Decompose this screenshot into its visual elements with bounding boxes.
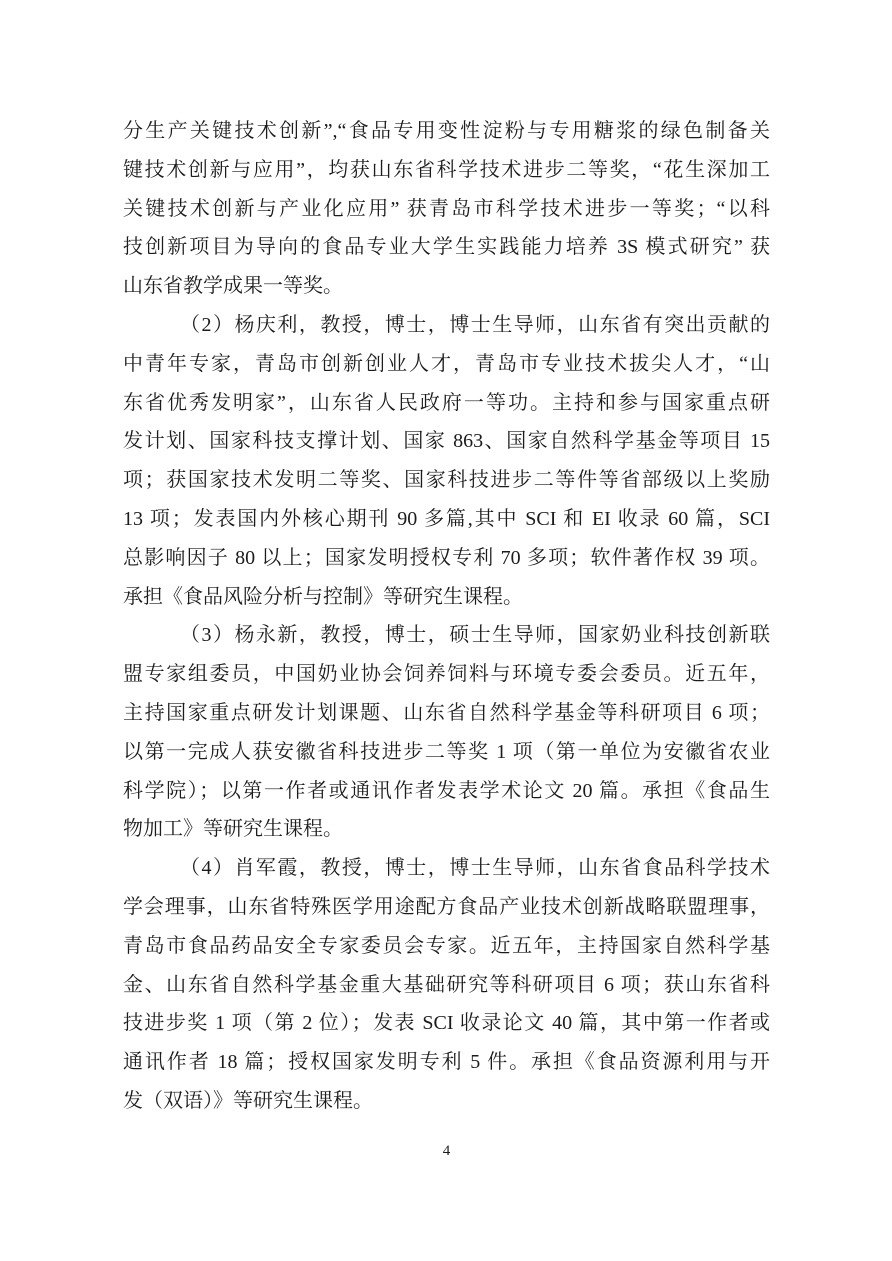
text-line: 学会理事，山东省特殊医学用途配方食品产业技术创新战略联盟理事， (123, 888, 770, 927)
text-line: 以第一完成人获安徽省科技进步二等奖 1 项（第一单位为安徽省农业 (123, 733, 770, 772)
text-line: 通讯作者 18 篇；授权国家发明专利 5 件。承担《食品资源利用与开 (123, 1043, 770, 1082)
text-line: 分生产关键技术创新”,“食品专用变性淀粉与专用糖浆的绿色制备关 (123, 112, 770, 151)
text-line: （4）肖军霞，教授，博士，博士生导师，山东省食品科学技术 (123, 849, 770, 888)
text-line: 科学院）；以第一作者或通讯作者发表学术论文 20 篇。承担《食品生 (123, 772, 770, 811)
text-line: 中青年专家，青岛市创新创业人才，青岛市专业技术拔尖人才，“山 (123, 345, 770, 384)
text-line: （2）杨庆利，教授，博士，博士生导师，山东省有突出贡献的 (123, 306, 770, 345)
text-line: 发计划、国家科技支撑计划、国家 863、国家自然科学基金等项目 15 (123, 422, 770, 461)
text-line: 承担《食品风险分析与控制》等研究生课程。 (123, 578, 770, 617)
paragraph: （4）肖军霞，教授，博士，博士生导师，山东省食品科学技术 学会理事，山东省特殊医… (123, 849, 770, 1121)
text-line: 关键技术创新与产业化应用” 获青岛市科学技术进步一等奖；“以科 (123, 190, 770, 229)
text-line: 山东省教学成果一等奖。 (123, 267, 770, 306)
paragraph: 分生产关键技术创新”,“食品专用变性淀粉与专用糖浆的绿色制备关 键技术创新与应用… (123, 112, 770, 306)
text-line: 主持国家重点研发计划课题、山东省自然科学基金等科研项目 6 项； (123, 694, 770, 733)
text-line: 盟专家组委员，中国奶业协会饲养饲料与环境专委会委员。近五年， (123, 655, 770, 694)
document-text-block: 分生产关键技术创新”,“食品专用变性淀粉与专用糖浆的绿色制备关 键技术创新与应用… (123, 112, 770, 1121)
text-line: （3）杨永新，教授，博士，硕士生导师，国家奶业科技创新联 (123, 616, 770, 655)
text-line: 键技术创新与应用”，均获山东省科学技术进步二等奖，“花生深加工 (123, 151, 770, 190)
paragraph: （3）杨永新，教授，博士，硕士生导师，国家奶业科技创新联 盟专家组委员，中国奶业… (123, 616, 770, 849)
text-line: 13 项；发表国内外核心期刊 90 多篇,其中 SCI 和 EI 收录 60 篇… (123, 500, 770, 539)
text-line: 总影响因子 80 以上；国家发明授权专利 70 多项；软件著作权 39 项。 (123, 539, 770, 578)
text-line: 项；获国家技术发明二等奖、国家科技进步二等件等省部级以上奖励 (123, 461, 770, 500)
text-line: 东省优秀发明家”，山东省人民政府一等功。主持和参与国家重点研 (123, 384, 770, 423)
text-line: 发（双语）》等研究生课程。 (123, 1082, 770, 1121)
text-line: 金、山东省自然科学基金重大基础研究等科研项目 6 项；获山东省科 (123, 966, 770, 1005)
paragraph: （2）杨庆利，教授，博士，博士生导师，山东省有突出贡献的 中青年专家，青岛市创新… (123, 306, 770, 616)
text-line: 技进步奖 1 项（第 2 位）；发表 SCI 收录论文 40 篇，其中第一作者或 (123, 1004, 770, 1043)
text-line: 青岛市食品药品安全专家委员会专家。近五年，主持国家自然科学基 (123, 927, 770, 966)
text-line: 技创新项目为导向的食品专业大学生实践能力培养 3S 模式研究” 获 (123, 228, 770, 267)
text-line: 物加工》等研究生课程。 (123, 810, 770, 849)
page-number: 4 (123, 1140, 770, 1162)
document-page: 分生产关键技术创新”,“食品专用变性淀粉与专用糖浆的绿色制备关 键技术创新与应用… (0, 0, 892, 1261)
